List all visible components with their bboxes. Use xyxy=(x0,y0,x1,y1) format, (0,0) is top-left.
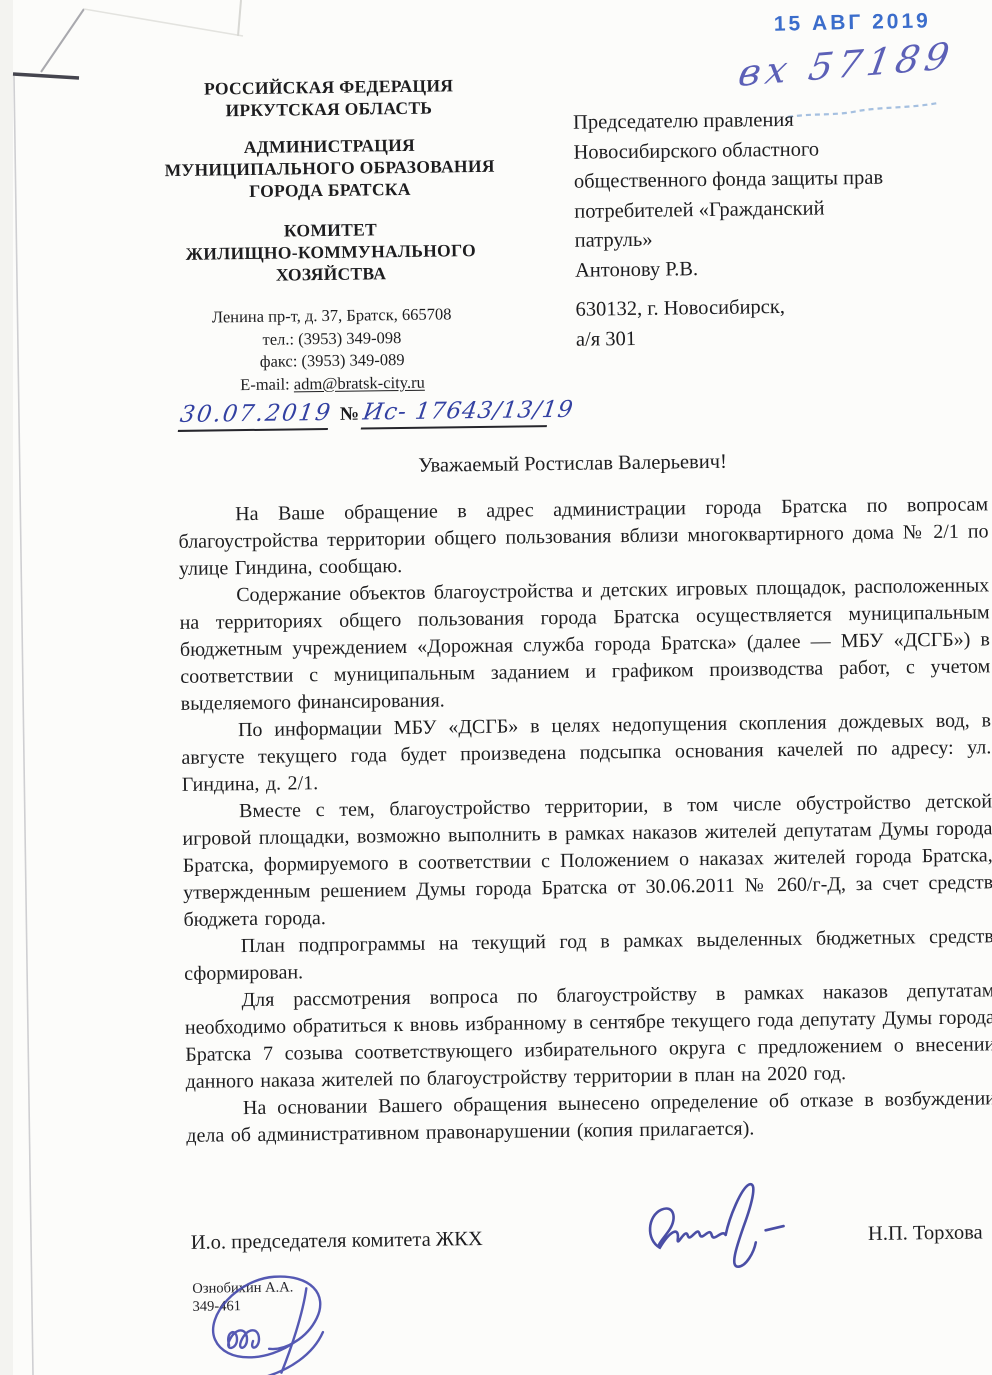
body-paragraph: На Ваше обращение в адрес администрации … xyxy=(178,491,989,583)
salutation: Уважаемый Ростислав Валерьевич! xyxy=(177,448,967,481)
outgoing-date-handwritten: 30.07.2019 xyxy=(178,400,332,432)
signer-position: И.о. председателя комитета ЖКХ xyxy=(191,1228,483,1255)
signature-row: И.о. председателя комитета ЖКХ Н.П. Торх… xyxy=(191,1221,983,1254)
letter-body: На Ваше обращение в адрес администрации … xyxy=(178,491,992,1150)
recipient-postal-line: а/я 301 xyxy=(576,320,981,355)
recipient-name: Антонову Р.В. xyxy=(575,251,980,286)
letter-content: РОССИЙСКАЯ ФЕДЕРАЦИЯ ИРКУТСКАЯ ОБЛАСТЬ А… xyxy=(0,0,992,1375)
recipient-block: Председателю правления Новосибирского об… xyxy=(573,103,981,354)
scanned-letter-page: РОССИЙСКАЯ ФЕДЕРАЦИЯ ИРКУТСКАЯ ОБЛАСТЬ А… xyxy=(0,0,992,1375)
letterhead-email-line: E-mail: adm@bratsk-city.ru xyxy=(146,370,518,397)
signature-stroke xyxy=(261,1332,324,1375)
signature-stroke xyxy=(228,1330,259,1348)
body-paragraph: Вместе с тем, благоустройство территории… xyxy=(182,788,992,934)
body-paragraph: На основании Вашего обращения вынесено о… xyxy=(186,1085,992,1150)
body-paragraph: Для рассмотрения вопроса по благоустройс… xyxy=(184,977,992,1096)
outgoing-ref-line: 30.07.2019№Ис- 17643/13/19 xyxy=(180,396,600,431)
email-label: E-mail: xyxy=(240,374,290,394)
executor-name: Ознобихин А.А. xyxy=(192,1278,293,1297)
email-address: adm@bratsk-city.ru xyxy=(294,372,425,393)
executor-phone: 349-461 xyxy=(192,1296,293,1315)
incoming-date-stamp: 15 АВГ 2019 xyxy=(774,9,931,36)
body-paragraph: Содержание объектов благоустройства и де… xyxy=(179,572,991,718)
signer-name: Н.П. Торхова xyxy=(868,1221,983,1245)
recipient-postal: 630132, г. Новосибирск, а/я 301 xyxy=(575,290,981,354)
body-paragraph: По информации МБУ «ДСГБ» в целях недопущ… xyxy=(181,707,992,799)
outgoing-number-handwritten: Ис- 17643/13/19 xyxy=(361,397,551,429)
number-sign: № xyxy=(340,404,359,425)
letterhead: РОССИЙСКАЯ ФЕДЕРАЦИЯ ИРКУТСКАЯ ОБЛАСТЬ А… xyxy=(142,73,518,397)
executor-block: Ознобихин А.А. 349-461 xyxy=(192,1278,293,1315)
incoming-number-handwritten: вх 57189 xyxy=(735,34,957,95)
